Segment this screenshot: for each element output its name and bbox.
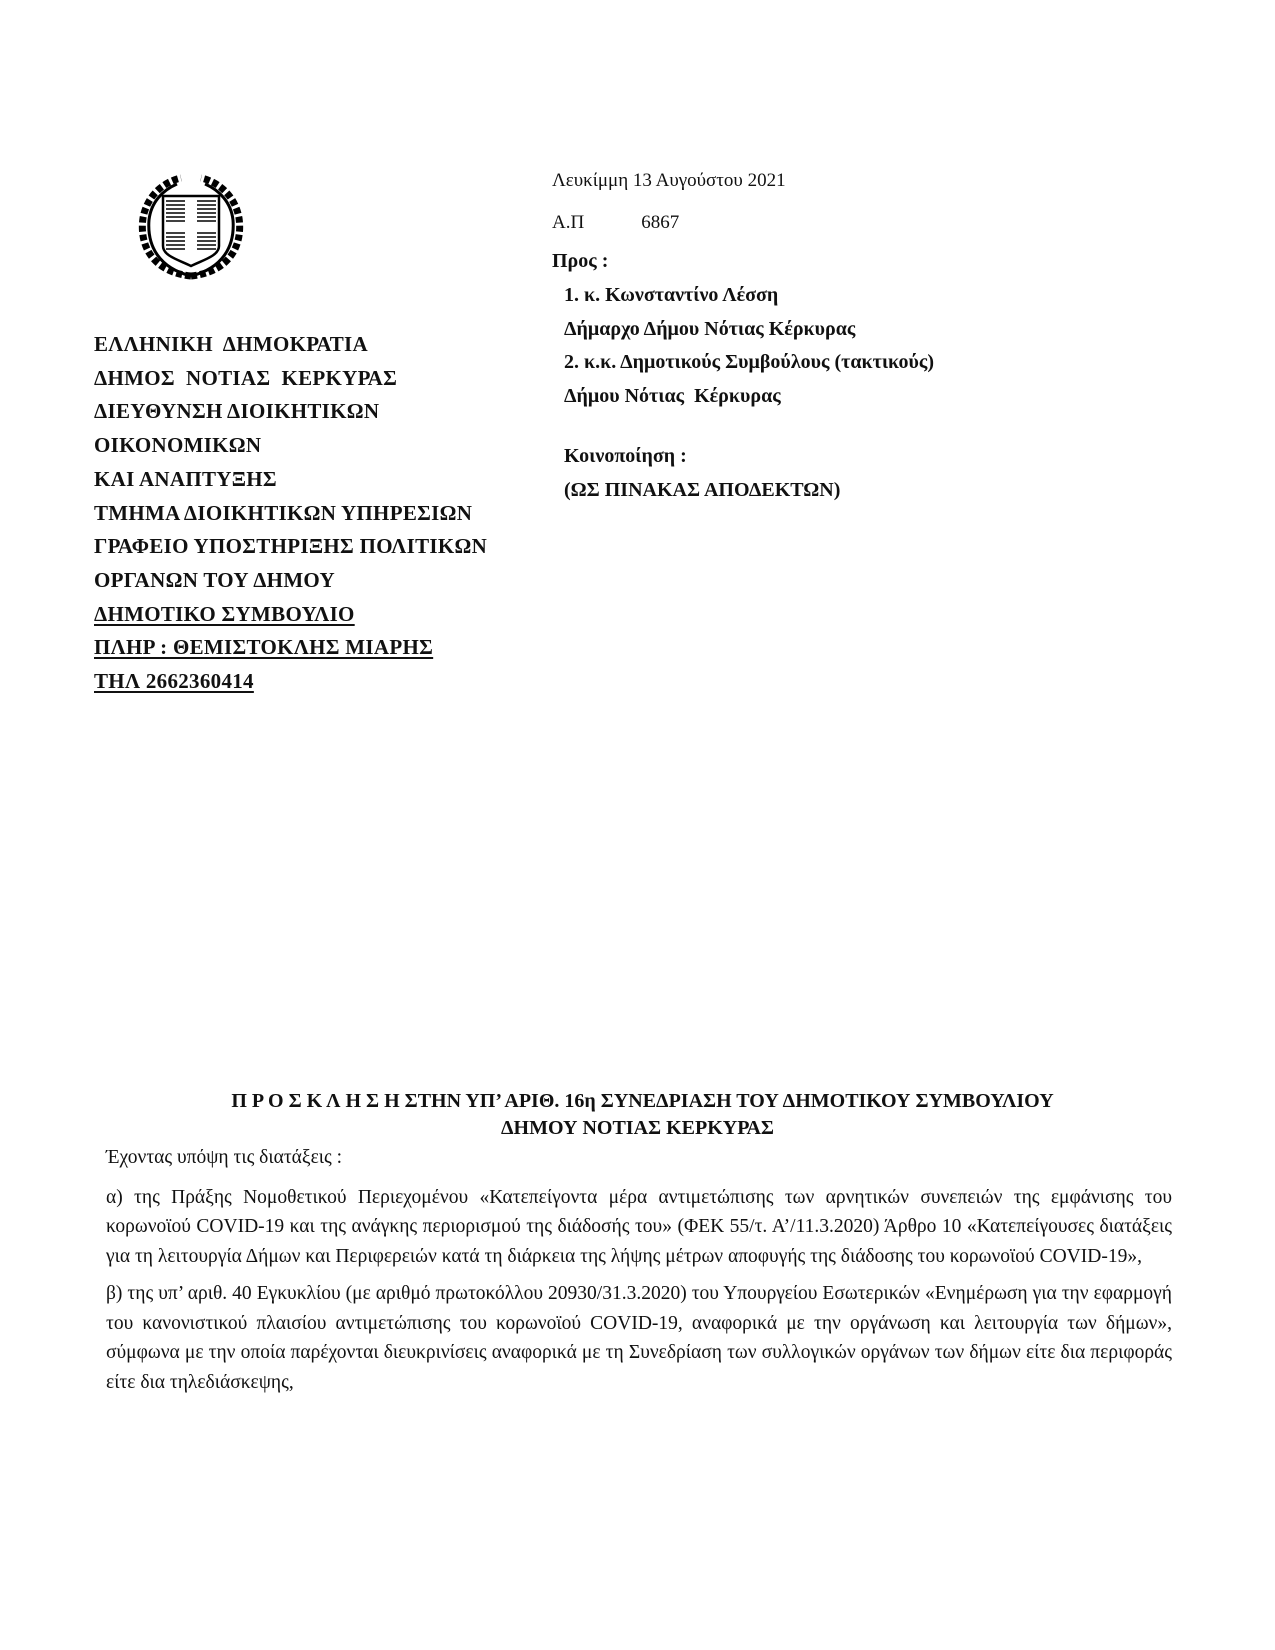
protocol-value: 6867 bbox=[641, 212, 679, 233]
issuer-line: ΕΛΛΗΝΙΚΗ ΔΗΜΟΚΡΑΤΙΑ bbox=[94, 328, 487, 362]
protocol-number: Α.Π6867 bbox=[552, 212, 934, 234]
title-line-2: ΔΗΜΟΥ ΝΟΤΙΑΣ ΚΕΡΚΥΡΑΣ bbox=[0, 1115, 1275, 1142]
title-line-1: Π Ρ Ο Σ Κ Λ Η Σ Η ΣΤΗΝ ΥΠ’ ΑΡΙΘ. 16η ΣΥΝ… bbox=[0, 1088, 1275, 1115]
issuer-block: ΕΛΛΗΝΙΚΗ ΔΗΜΟΚΡΑΤΙΑΔΗΜΟΣ ΝΟΤΙΑΣ ΚΕΡΚΥΡΑΣ… bbox=[94, 328, 487, 699]
issuer-line: ΓΡΑΦΕΙΟ ΥΠΟΣΤΗΡΙΞΗΣ ΠΟΛΙΤΙΚΩΝ bbox=[94, 530, 487, 564]
recipient-line: 1. κ. Κωνσταντίνο Λέσση bbox=[552, 279, 934, 313]
to-label: Προς : bbox=[552, 250, 934, 273]
recipients-list: 1. κ. Κωνσταντίνο Λέσση Δήμαρχο Δήμου Νό… bbox=[552, 279, 934, 414]
recipient-line: Δήμαρχο Δήμου Νότιας Κέρκυρας bbox=[552, 313, 934, 347]
body-paragraph-a: α) της Πράξης Νομοθετικού Περιεχομένου «… bbox=[106, 1183, 1172, 1272]
issuer-line: ΔΗΜΟΣ ΝΟΤΙΑΣ ΚΕΡΚΥΡΑΣ bbox=[94, 362, 487, 396]
issuer-line: ΟΙΚΟΝΟΜΙΚΩΝ bbox=[94, 429, 487, 463]
issuer-line-underlined: ΔΗΜΟΤΙΚΟ ΣΥΜΒΟΥΛΙΟ bbox=[94, 602, 355, 626]
document-title: Π Ρ Ο Σ Κ Λ Η Σ Η ΣΤΗΝ ΥΠ’ ΑΡΙΘ. 16η ΣΥΝ… bbox=[0, 1088, 1275, 1142]
document-body: Έχοντας υπόψη τις διατάξεις : α) της Πρά… bbox=[106, 1143, 1172, 1405]
addressing-block: Λευκίμμη 13 Αυγούστου 2021 Α.Π6867 Προς … bbox=[552, 170, 934, 507]
body-paragraph-b: β) της υπ’ αριθ. 40 Εγκυκλίου (με αριθμό… bbox=[106, 1279, 1172, 1397]
place-date: Λευκίμμη 13 Αυγούστου 2021 bbox=[552, 170, 934, 192]
greek-coat-of-arms-emblem bbox=[133, 168, 249, 284]
issuer-line-underlined: ΤΗΛ 2662360414 bbox=[94, 669, 254, 693]
recipient-line: 2. κ.κ. Δημοτικούς Συμβούλους (τακτικούς… bbox=[552, 346, 934, 380]
issuer-line: ΔΗΜΟΤΙΚΟ ΣΥΜΒΟΥΛΙΟ bbox=[94, 598, 487, 632]
cc-label: Κοινοποίηση : bbox=[552, 440, 934, 474]
cc-value: (ΩΣ ΠΙΝΑΚΑΣ ΑΠΟΔΕΚΤΩΝ) bbox=[552, 474, 934, 508]
issuer-line: ΤΗΛ 2662360414 bbox=[94, 665, 487, 699]
body-intro: Έχοντας υπόψη τις διατάξεις : bbox=[106, 1143, 1172, 1173]
issuer-line: ΚΑΙ ΑΝΑΠΤΥΞΗΣ bbox=[94, 463, 487, 497]
recipient-line: Δήμου Νότιας Κέρκυρας bbox=[552, 380, 934, 414]
issuer-line: ΟΡΓΑΝΩΝ ΤΟΥ ΔΗΜΟΥ bbox=[94, 564, 487, 598]
protocol-label: Α.Π bbox=[552, 212, 584, 233]
issuer-line: ΤΜΗΜΑ ΔΙΟΙΚΗΤΙΚΩΝ ΥΠΗΡΕΣΙΩΝ bbox=[94, 497, 487, 531]
issuer-line-underlined: ΠΛΗΡ : ΘΕΜΙΣΤΟΚΛΗΣ ΜΙΑΡΗΣ bbox=[94, 635, 433, 659]
issuer-line: ΔΙΕΥΘΥΝΣΗ ΔΙΟΙΚΗΤΙΚΩΝ bbox=[94, 395, 487, 429]
issuer-line: ΠΛΗΡ : ΘΕΜΙΣΤΟΚΛΗΣ ΜΙΑΡΗΣ bbox=[94, 631, 487, 665]
